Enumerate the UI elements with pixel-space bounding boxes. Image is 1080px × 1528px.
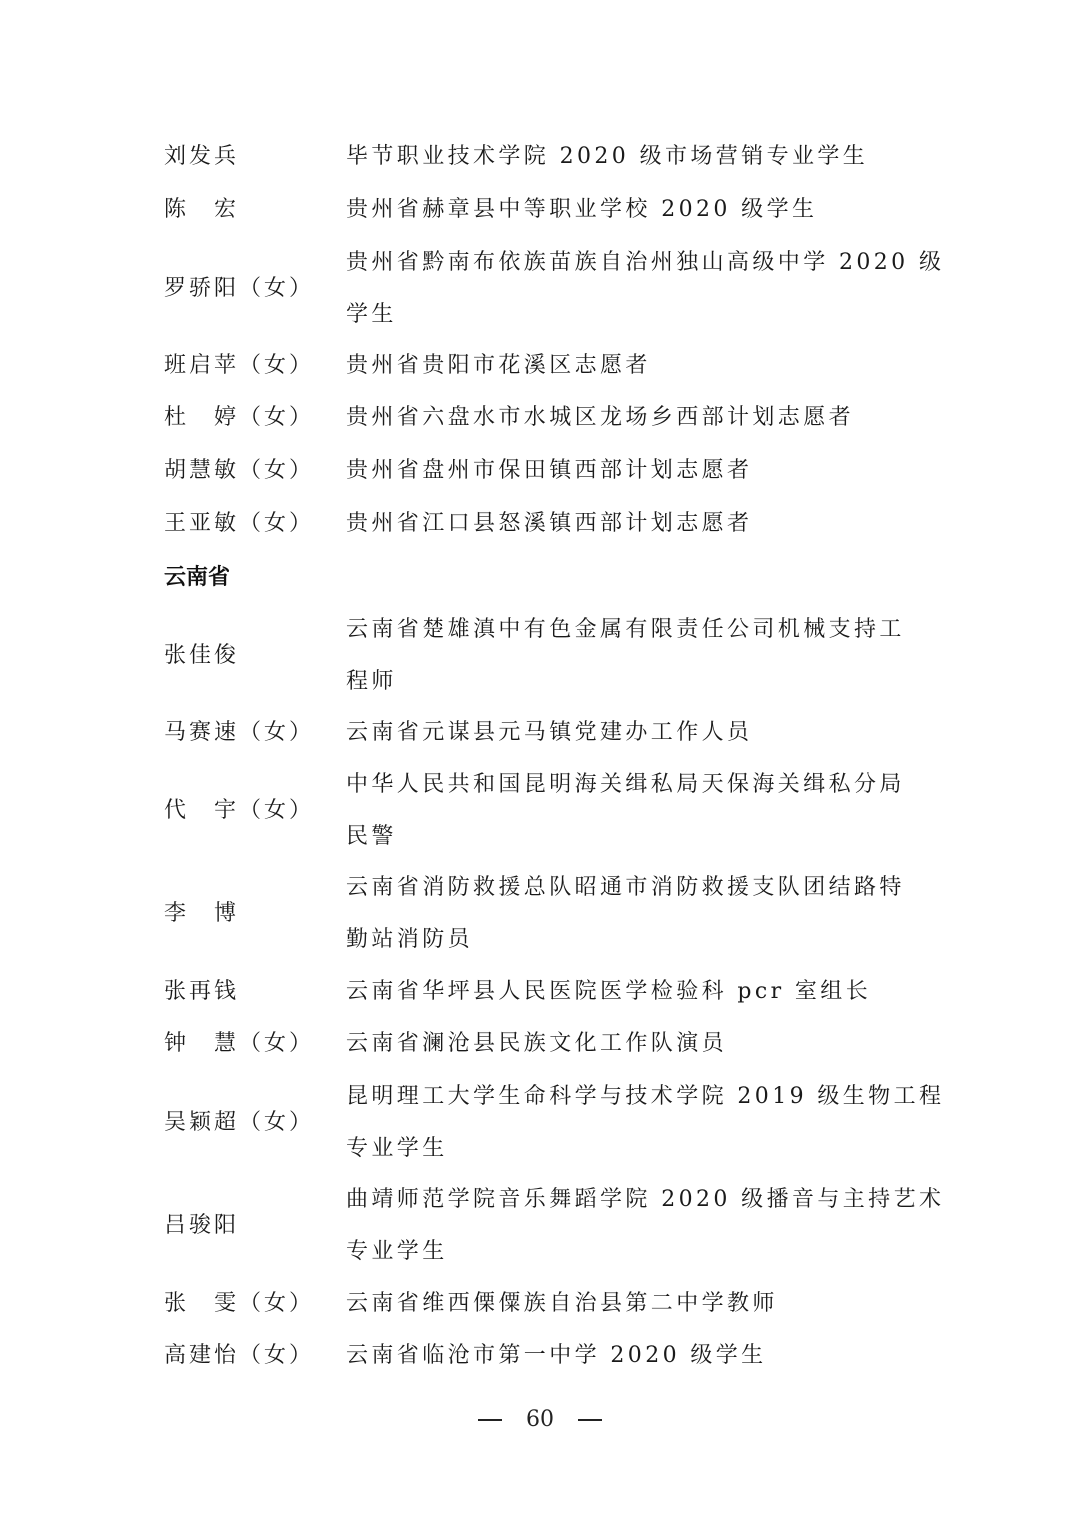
person-description: 贵州省江口县怒溪镇西部计划志愿者 xyxy=(346,498,926,550)
person-description-line-2: 学生 xyxy=(346,289,926,341)
list-item: 代 宇（女） 中华人民共和国昆明海关缉私局天保海关缉私分局 民警 xyxy=(164,759,924,863)
page-footer: 60 xyxy=(0,1402,1080,1438)
person-name: 李 博 xyxy=(164,888,334,940)
person-description: 云南省维西傈僳族自治县第二中学教师 xyxy=(346,1278,926,1330)
person-name: 马赛速（女） xyxy=(164,707,334,759)
list-item: 张再钱 云南省华坪县人民医院医学检验科 pcr 室组长 xyxy=(164,966,924,1018)
person-description: 贵州省六盘水市水城区龙场乡西部计划志愿者 xyxy=(346,392,926,444)
person-name: 罗骄阳（女） xyxy=(164,263,334,315)
person-description-line-2: 民警 xyxy=(346,811,926,863)
person-description: 贵州省赫章县中等职业学校 2020 级学生 xyxy=(346,184,926,236)
person-description-line-1: 曲靖师范学院音乐舞蹈学院 2020 级播音与主持艺术 xyxy=(346,1174,926,1226)
person-name: 吴颖超（女） xyxy=(164,1097,334,1149)
list-item: 吕骏阳 曲靖师范学院音乐舞蹈学院 2020 级播音与主持艺术 专业学生 xyxy=(164,1174,924,1278)
person-description: 云南省华坪县人民医院医学检验科 pcr 室组长 xyxy=(346,966,926,1018)
list-item: 王亚敏（女） 贵州省江口县怒溪镇西部计划志愿者 xyxy=(164,498,924,550)
list-item: 罗骄阳（女） 贵州省黔南布依族苗族自治州独山高级中学 2020 级 学生 xyxy=(164,237,924,341)
person-description-line-2: 勤站消防员 xyxy=(346,914,926,966)
section-heading-yunnan: 云南省 xyxy=(164,560,230,596)
person-name: 张佳俊 xyxy=(164,630,334,682)
list-item: 张 雯（女） 云南省维西傈僳族自治县第二中学教师 xyxy=(164,1278,924,1330)
list-item: 杜 婷（女） 贵州省六盘水市水城区龙场乡西部计划志愿者 xyxy=(164,392,924,444)
person-name: 班启苹（女） xyxy=(164,340,334,392)
dash-left xyxy=(478,1419,502,1421)
person-description: 贵州省贵阳市花溪区志愿者 xyxy=(346,340,926,392)
person-name: 高建怡（女） xyxy=(164,1330,334,1382)
person-name: 刘发兵 xyxy=(164,131,334,183)
person-name: 胡慧敏（女） xyxy=(164,445,334,497)
document-page: 刘发兵 毕节职业技术学院 2020 级市场营销专业学生 陈 宏 贵州省赫章县中等… xyxy=(0,0,1080,1528)
person-description: 贵州省盘州市保田镇西部计划志愿者 xyxy=(346,445,926,497)
person-description: 云南省临沧市第一中学 2020 级学生 xyxy=(346,1330,926,1382)
person-description: 云南省澜沧县民族文化工作队演员 xyxy=(346,1018,926,1070)
dash-right xyxy=(578,1419,602,1421)
list-item: 钟 慧（女） 云南省澜沧县民族文化工作队演员 xyxy=(164,1018,924,1070)
person-description: 毕节职业技术学院 2020 级市场营销专业学生 xyxy=(346,131,926,183)
person-description-line-1: 中华人民共和国昆明海关缉私局天保海关缉私分局 xyxy=(346,759,926,811)
list-item: 班启苹（女） 贵州省贵阳市花溪区志愿者 xyxy=(164,340,924,392)
person-description-line-2: 专业学生 xyxy=(346,1226,926,1278)
person-description-line-2: 专业学生 xyxy=(346,1123,926,1175)
person-description: 云南省元谋县元马镇党建办工作人员 xyxy=(346,707,926,759)
list-item: 李 博 云南省消防救援总队昭通市消防救援支队团结路特 勤站消防员 xyxy=(164,862,924,966)
list-item: 吴颖超（女） 昆明理工大学生命科学与技术学院 2019 级生物工程 专业学生 xyxy=(164,1071,924,1175)
list-item: 陈 宏 贵州省赫章县中等职业学校 2020 级学生 xyxy=(164,184,924,236)
person-name: 代 宇（女） xyxy=(164,785,334,837)
person-description-line-1: 昆明理工大学生命科学与技术学院 2019 级生物工程 xyxy=(346,1071,926,1123)
list-item: 高建怡（女） 云南省临沧市第一中学 2020 级学生 xyxy=(164,1330,924,1382)
person-name: 王亚敏（女） xyxy=(164,498,334,550)
person-name: 钟 慧（女） xyxy=(164,1018,334,1070)
list-item: 张佳俊 云南省楚雄滇中有色金属有限责任公司机械支持工 程师 xyxy=(164,604,924,708)
page-number: 60 xyxy=(526,1407,554,1432)
list-item: 刘发兵 毕节职业技术学院 2020 级市场营销专业学生 xyxy=(164,131,924,183)
person-name: 吕骏阳 xyxy=(164,1200,334,1252)
person-name: 陈 宏 xyxy=(164,184,334,236)
person-name: 杜 婷（女） xyxy=(164,392,334,444)
person-name: 张 雯（女） xyxy=(164,1278,334,1330)
list-item: 马赛速（女） 云南省元谋县元马镇党建办工作人员 xyxy=(164,707,924,759)
person-description-line-1: 贵州省黔南布依族苗族自治州独山高级中学 2020 级 xyxy=(346,237,926,289)
person-description-line-1: 云南省消防救援总队昭通市消防救援支队团结路特 xyxy=(346,862,926,914)
person-description-line-2: 程师 xyxy=(346,656,926,708)
list-item: 胡慧敏（女） 贵州省盘州市保田镇西部计划志愿者 xyxy=(164,445,924,497)
person-description-line-1: 云南省楚雄滇中有色金属有限责任公司机械支持工 xyxy=(346,604,926,656)
person-name: 张再钱 xyxy=(164,966,334,1018)
